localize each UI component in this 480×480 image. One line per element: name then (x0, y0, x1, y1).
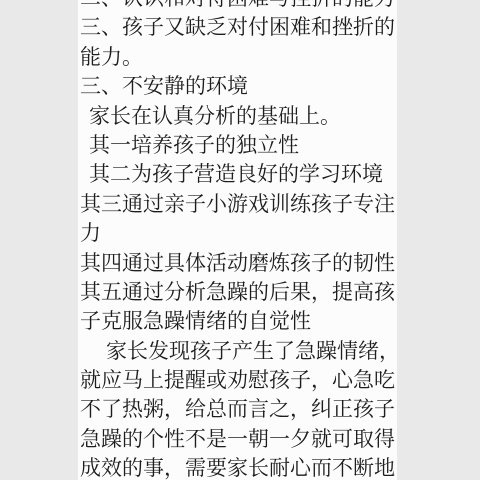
text-line: 三、孩子又缺乏对付困难和挫折的 (80, 13, 397, 42)
text-line: 其五通过分析急躁的后果，提高孩 (80, 278, 397, 307)
text-line: 能力。 (80, 43, 397, 72)
text-line: 家长在认真分析的基础上。 (80, 102, 397, 131)
text-line: 三、不安静的环境 (80, 72, 397, 101)
text-line: 急躁的个性不是一朝一夕就可取得 (80, 425, 397, 454)
text-line: 其三通过亲子小游戏训练孩子专注 (80, 190, 397, 219)
text-line: 成效的事，需要家长耐心而不断地 (80, 454, 397, 480)
text-line: 就应马上提醒或劝慰孩子，心急吃 (80, 366, 397, 395)
text-line: 其一培养孩子的独立性 (80, 131, 397, 160)
screenshot-root: { "page": { "background_color": "#e9e9e9… (0, 0, 480, 480)
text-line: 其四通过具体活动磨炼孩子的韧性 (80, 249, 397, 278)
text-line: 家长发现孩子产生了急躁情绪， (80, 337, 397, 366)
text-line: 其二为孩子营造良好的学习环境 (80, 160, 397, 189)
article-content-column[interactable]: 二、认识和对待困难与挫折的能力三、孩子又缺乏对付困难和挫折的能力。三、不安静的环… (78, 0, 397, 480)
text-line: 不了热粥，给总而言之，纠正孩子 (80, 395, 397, 424)
article-text-block: 二、认识和对待困难与挫折的能力三、孩子又缺乏对付困难和挫折的能力。三、不安静的环… (80, 0, 397, 480)
text-line: 子克服急躁情绪的自觉性 (80, 307, 397, 336)
text-line: 力 (80, 219, 397, 248)
text-line: 二、认识和对待困难与挫折的能力 (80, 0, 397, 13)
